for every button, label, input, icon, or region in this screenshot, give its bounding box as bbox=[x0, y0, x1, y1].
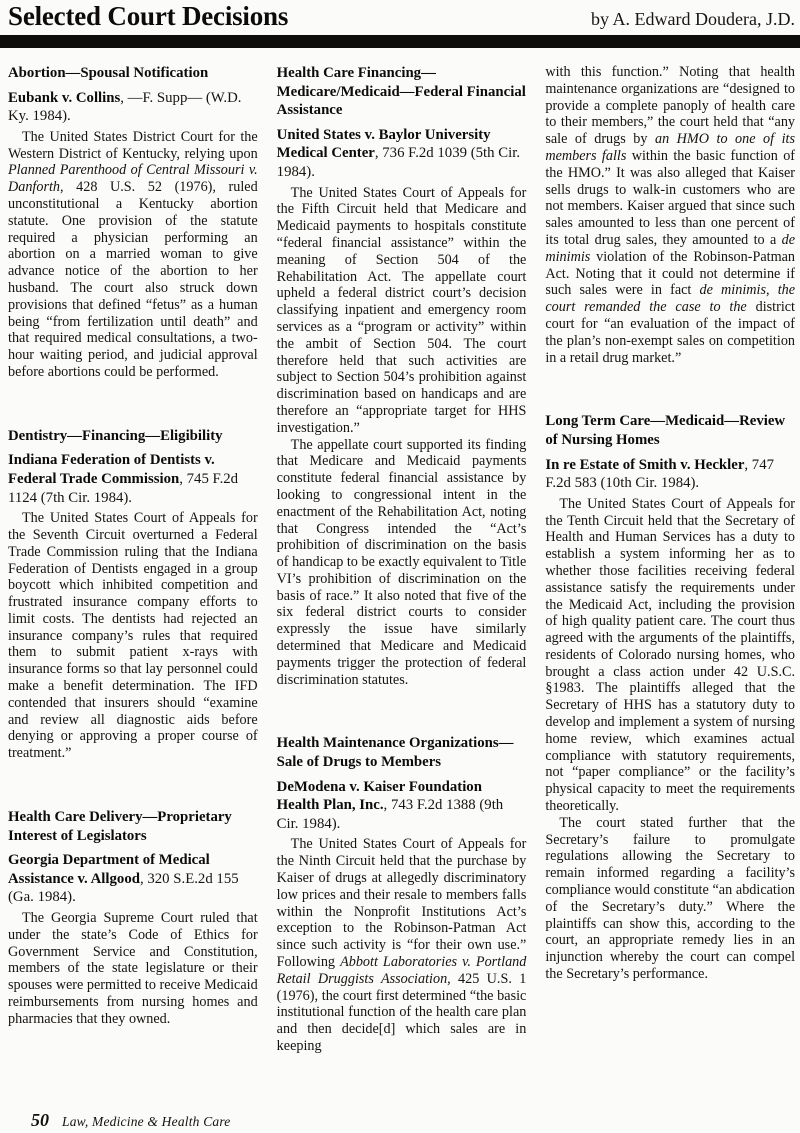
case-citation: United States v. Baylor University Medic… bbox=[277, 126, 527, 182]
body-paragraph: The United States Court of Appeals for t… bbox=[277, 185, 527, 437]
text-run: Eubank v. Collins bbox=[8, 90, 120, 106]
text-run: The appellate court supported its findin… bbox=[277, 437, 527, 688]
journal-title: Law, Medicine & Health Care bbox=[62, 1114, 231, 1130]
text-run: The United States District Court for the… bbox=[8, 129, 258, 162]
text-run: Health Maintenance Organizations—Sale of… bbox=[277, 735, 514, 770]
journal-page: Selected Court Decisions by A. Edward Do… bbox=[0, 0, 800, 1133]
case-citation: In re Estate of Smith v. Heckler, 747 F.… bbox=[545, 456, 795, 493]
page-title: Selected Court Decisions bbox=[8, 0, 288, 32]
column-1: Abortion—Spousal NotificationEubank v. C… bbox=[8, 64, 258, 1055]
body-paragraph: The United States Court of Appeals for t… bbox=[8, 510, 258, 762]
section-heading: Health Care Delivery—Proprietary Interes… bbox=[8, 808, 258, 845]
case-citation: DeModena v. Kaiser Foundation Health Pla… bbox=[277, 778, 527, 834]
text-run: The Georgia Supreme Court ruled that und… bbox=[8, 910, 258, 1027]
case-citation: Indiana Federation of Dentists v. Federa… bbox=[8, 451, 258, 507]
header-rule bbox=[0, 35, 800, 48]
section-heading: Abortion—Spousal Notification bbox=[8, 64, 258, 83]
text-run: The United States Court of Appeals for t… bbox=[277, 185, 527, 436]
case-citation: Georgia Department of Medical Assistance… bbox=[8, 851, 258, 907]
text-run: Health Care Delivery—Proprietary Interes… bbox=[8, 809, 232, 844]
text-run: The United States Court of Appeals for t… bbox=[545, 496, 795, 814]
text-run: Abortion—Spousal Notification bbox=[8, 65, 208, 81]
text-run: Health Care Financing—Medicare/Medicaid—… bbox=[277, 65, 526, 118]
article-columns: Abortion—Spousal NotificationEubank v. C… bbox=[8, 64, 795, 1055]
body-paragraph: The Georgia Supreme Court ruled that und… bbox=[8, 910, 258, 1028]
page-number: 50 bbox=[31, 1110, 49, 1131]
page-footer: 50 Law, Medicine & Health Care bbox=[31, 1110, 231, 1130]
text-run: Long Term Care—Medicaid—Review of Nursin… bbox=[545, 413, 785, 448]
body-paragraph: The appellate court supported its findin… bbox=[277, 437, 527, 689]
body-paragraph: The United States District Court for the… bbox=[8, 129, 258, 381]
column-2: Health Care Financing—Medicare/Medicaid—… bbox=[277, 64, 527, 1055]
column-3: with this function.” Noting that health … bbox=[545, 64, 795, 1055]
text-run: , bbox=[766, 282, 778, 298]
section-heading: Health Care Financing—Medicare/Medicaid—… bbox=[277, 64, 527, 120]
author-byline: by A. Edward Doudera, J.D. bbox=[591, 3, 795, 35]
section-heading: Dentistry—Financing—Eligibility bbox=[8, 427, 258, 446]
section-heading: Health Maintenance Organizations—Sale of… bbox=[277, 734, 527, 771]
body-paragraph: with this function.” Noting that health … bbox=[545, 64, 795, 366]
section-heading: Long Term Care—Medicaid—Review of Nursin… bbox=[545, 412, 795, 449]
text-run: The United States Court of Appeals for t… bbox=[8, 510, 258, 761]
text-run: In re Estate of Smith v. Heckler bbox=[545, 457, 744, 473]
text-run: The court stated further that the Secret… bbox=[545, 815, 795, 982]
body-paragraph: The court stated further that the Secret… bbox=[545, 815, 795, 983]
text-run: de minimis bbox=[700, 282, 766, 298]
page-header: Selected Court Decisions by A. Edward Do… bbox=[8, 0, 795, 34]
body-paragraph: The United States Court of Appeals for t… bbox=[277, 836, 527, 1054]
text-run: , 428 U.S. 52 (1976), ruled unconstituti… bbox=[8, 179, 258, 380]
text-run: Dentistry—Financing—Eligibility bbox=[8, 428, 223, 444]
case-citation: Eubank v. Collins, —F. Supp— (W.D. Ky. 1… bbox=[8, 89, 258, 126]
text-run: The United States Court of Appeals for t… bbox=[277, 836, 527, 970]
body-paragraph: The United States Court of Appeals for t… bbox=[545, 496, 795, 815]
